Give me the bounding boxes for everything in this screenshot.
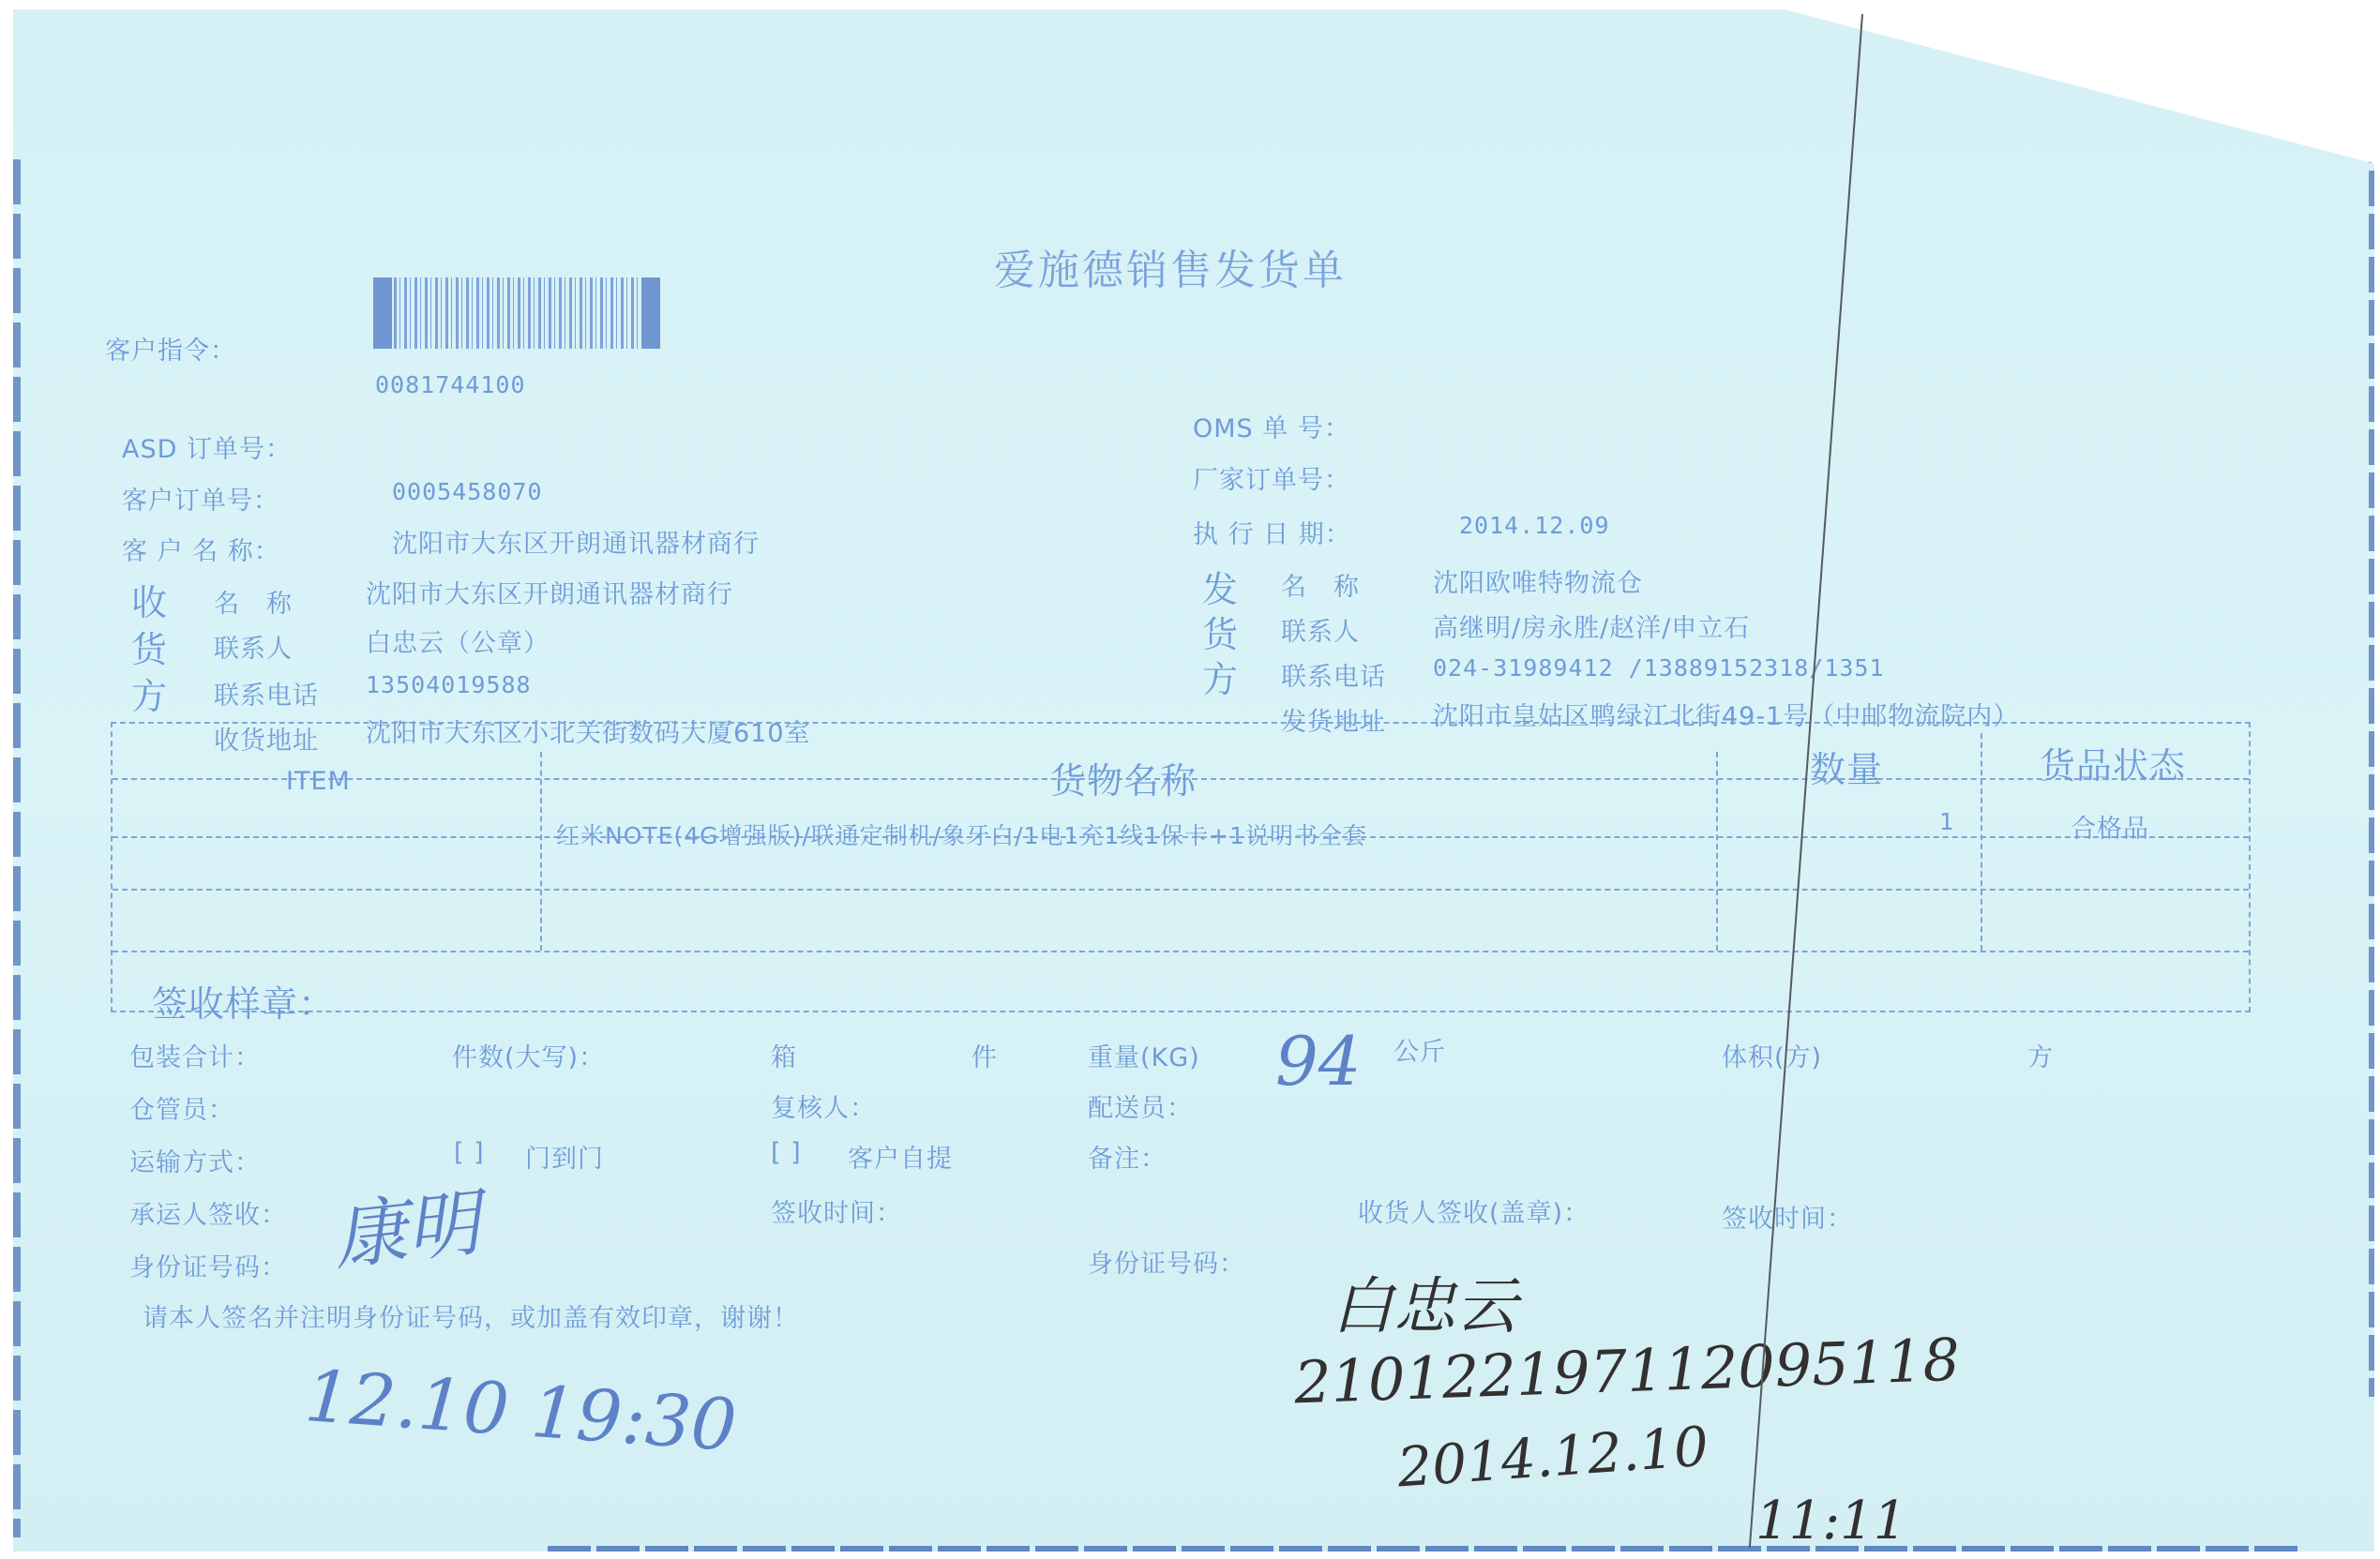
factory-order-label: 厂家订单号： [1193, 459, 1350, 496]
reviewer-label: 复核人： [771, 1087, 876, 1124]
table-header-name: 货物名称 [1050, 752, 1197, 803]
delivery-person-label: 配送员： [1088, 1087, 1193, 1124]
sender-side-3: 方 [1202, 651, 1239, 702]
door-to-door-label: 门到门 [525, 1138, 604, 1175]
left-perforation [13, 159, 21, 1537]
sender-contact-value: 高继明/房永胜/赵洋/申立石 [1433, 607, 1750, 644]
receiver-name-value: 沈阳市大东区开朗通讯器材商行 [366, 574, 733, 610]
receiver-side-1: 收 [131, 574, 168, 625]
exec-date-value: 2014.12.09 [1459, 512, 1610, 539]
row-item-qty: 1 [1939, 808, 1954, 835]
row-item-status: 合格品 [2071, 808, 2149, 845]
self-pickup-label: 客户自提 [848, 1138, 953, 1175]
document-title: 爱施德销售发货单 [994, 236, 1347, 296]
customer-order-label: 客户订单号： [122, 480, 279, 517]
door-to-door-checkbox[interactable]: [ ] [454, 1138, 485, 1167]
exec-date-label: 执 行 日 期： [1193, 514, 1351, 550]
piece-label: 件 [972, 1037, 998, 1073]
weight-label: 重量(KG) [1088, 1037, 1200, 1073]
transport-label: 运输方式： [129, 1142, 261, 1178]
consignee-sign-time-label: 签收时间： [1722, 1198, 1853, 1235]
handwritten-consignee-signature: 白忠云 [1332, 1256, 1517, 1345]
customer-name-label: 客 户 名 称： [122, 531, 280, 567]
self-pickup-checkbox[interactable]: [ ] [771, 1138, 802, 1167]
weight-unit: 公斤 [1393, 1031, 1446, 1068]
sender-side-1: 发 [1202, 561, 1239, 612]
carrier-sign-time-label: 签收时间： [771, 1192, 902, 1229]
box-label: 箱 [771, 1037, 797, 1073]
sender-phone-label: 联系电话 [1281, 656, 1386, 693]
consignee-id-label: 身份证号码： [1088, 1243, 1245, 1280]
table-header-status: 货品状态 [2040, 737, 2186, 788]
table-header-item: ITEM [286, 767, 351, 796]
pieces-caps-label: 件数(大写)： [452, 1037, 605, 1073]
handwritten-consignee-time: 11:11 [1755, 1491, 1906, 1552]
signature-notice: 请本人签名并注明身份证号码，或加盖有效印章，谢谢！ [143, 1297, 799, 1334]
receiver-phone-value: 13504019588 [366, 671, 532, 698]
bottom-perforation [548, 1546, 2301, 1552]
handwritten-weight: 94 [1275, 1022, 1362, 1101]
receiver-phone-label: 联系电话 [214, 675, 319, 712]
receiver-side-2: 货 [131, 621, 168, 672]
receiver-contact-label: 联系人 [214, 628, 293, 665]
carrier-sign-label: 承运人签收： [129, 1194, 287, 1231]
receiver-contact-value: 白忠云（公章） [366, 622, 550, 659]
remark-label: 备注： [1088, 1138, 1167, 1175]
customer-instruction-label: 客户指令： [105, 330, 236, 367]
package-total-label: 包装合计： [129, 1037, 261, 1073]
customer-name-value: 沈阳市大东区开朗通讯器材商行 [392, 523, 760, 560]
asd-order-label: ASD 订单号： [122, 428, 292, 465]
barcode-icon [373, 277, 660, 349]
volume-unit: 方 [2027, 1037, 2054, 1073]
sign-stamp-label: 签收样章： [152, 975, 335, 1027]
consignee-sign-label: 收货人签收(盖章)： [1358, 1192, 1589, 1229]
customer-order-value: 0005458070 [392, 478, 543, 505]
right-perforation [2369, 84, 2374, 1397]
oms-order-label: OMS 单 号： [1193, 408, 1350, 444]
warehouse-keeper-label: 仓管员： [129, 1089, 234, 1126]
sender-phone-value: 024-31989412 /13889152318/1351 [1433, 654, 1885, 682]
receiver-name-label: 名 称 [214, 583, 293, 620]
sender-name-value: 沈阳欧唯特物流仓 [1433, 562, 1643, 599]
sender-name-label: 名 称 [1281, 566, 1360, 603]
barcode-value: 0081744100 [375, 371, 526, 398]
row-item-name: 红米NOTE(4G增强版)/联通定制机/象牙白/1电1充1线1保卡+1说明书全套 [556, 817, 1367, 851]
sender-side-2: 货 [1202, 606, 1239, 657]
table-header-qty: 数量 [1810, 741, 1883, 792]
handwritten-carrier-signature: 康明 [328, 1164, 485, 1284]
carrier-id-label: 身份证号码： [129, 1247, 287, 1283]
receiver-side-3: 方 [131, 667, 168, 719]
volume-label: 体积(方) [1722, 1037, 1822, 1073]
sender-contact-label: 联系人 [1281, 611, 1360, 648]
